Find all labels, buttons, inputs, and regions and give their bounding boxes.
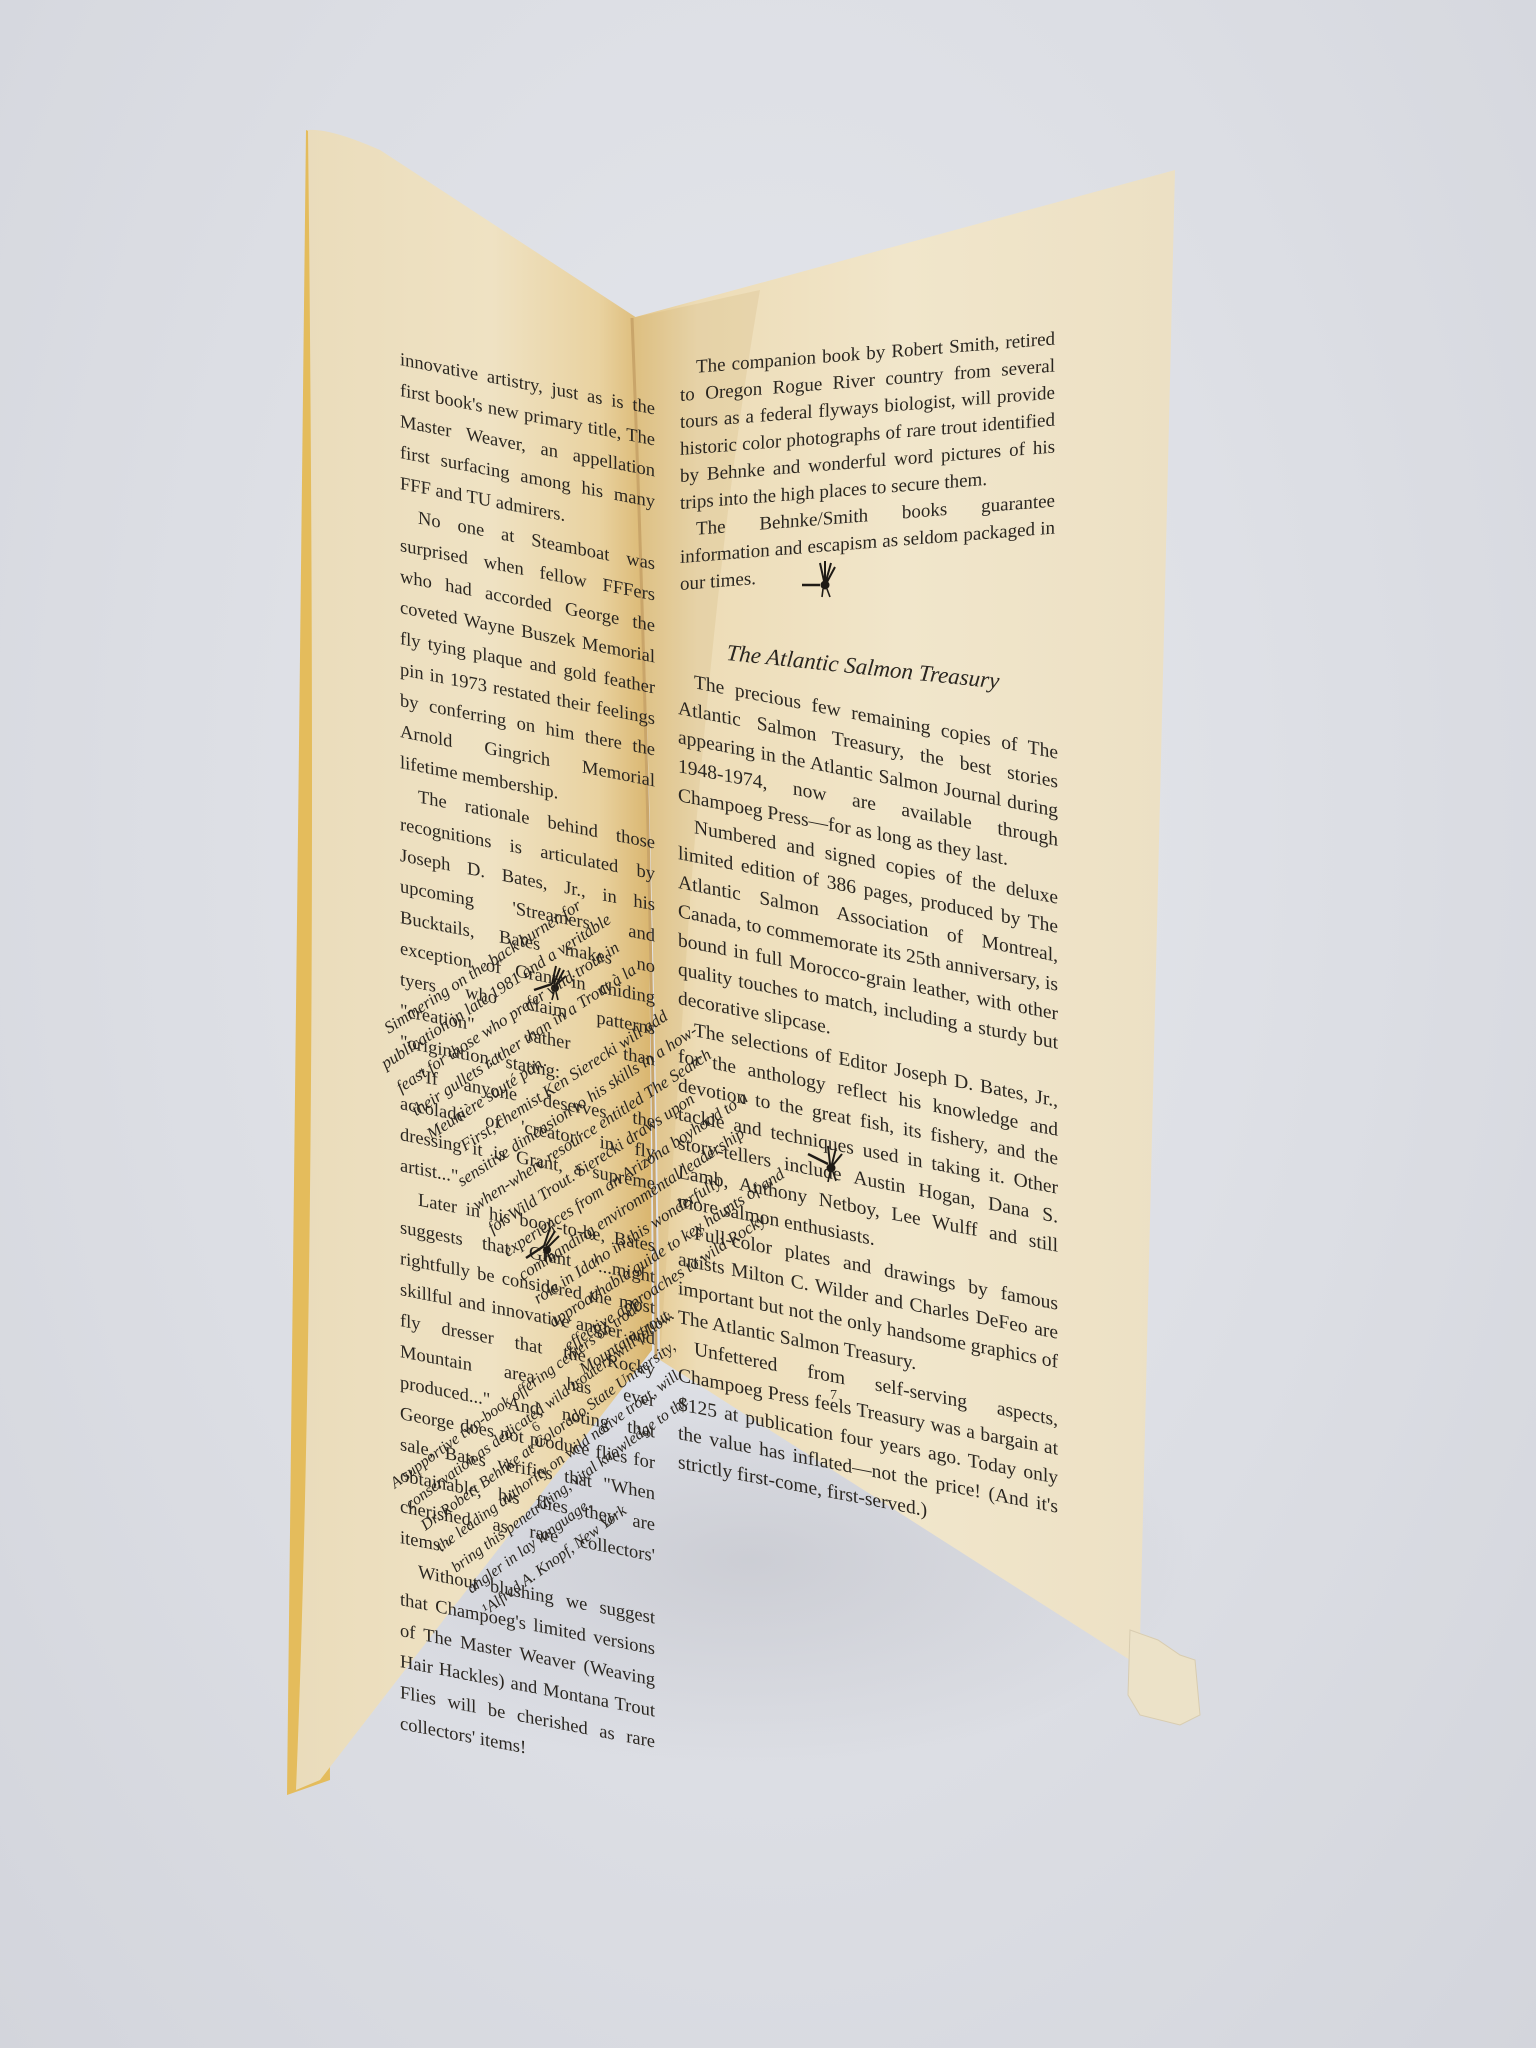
right-page-intro-text: The companion book by Robert Smith, reti… bbox=[680, 325, 1055, 598]
right-page-number: 7 bbox=[830, 1388, 837, 1404]
fly-ornament-icon bbox=[806, 1140, 850, 1184]
right-page-body-text: The precious few remaining copies of The… bbox=[678, 665, 1058, 1551]
right-intro-paragraph: The companion book by Robert Smith, reti… bbox=[680, 325, 1055, 517]
left-paragraph: No one at Steamboat was surprised when f… bbox=[400, 500, 655, 829]
fly-ornament-icon bbox=[522, 1222, 566, 1266]
torn-corner bbox=[1128, 1630, 1200, 1725]
fly-ornament-icon bbox=[800, 555, 844, 599]
